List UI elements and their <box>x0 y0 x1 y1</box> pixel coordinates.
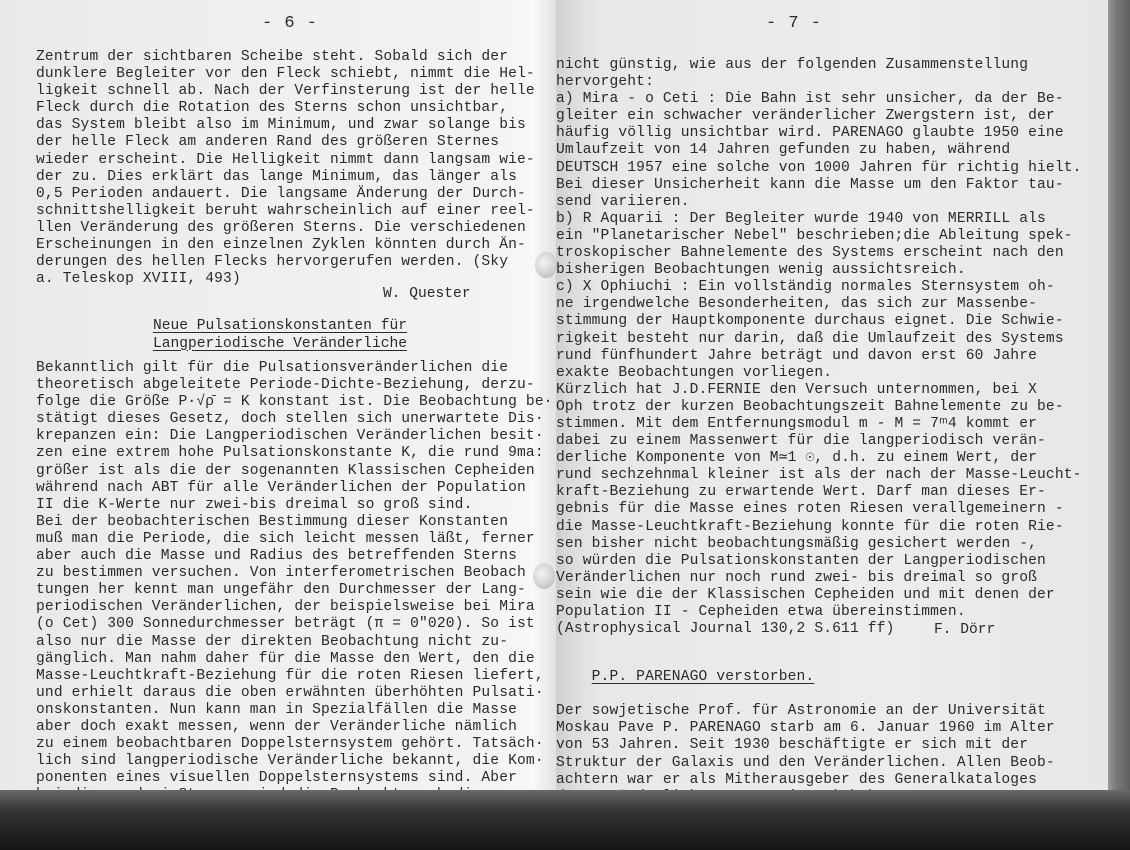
article-title-line-2: Langperiodische Veränderliche <box>153 336 407 352</box>
article-body-text: Bekanntlich gilt für die Pulsationsverän… <box>36 360 553 804</box>
text-line: Fleck durch die Rotation des Sterns scho… <box>36 100 535 117</box>
text-line: wieder erscheint. Die Helligkeit nimmt d… <box>36 152 535 169</box>
text-line: sein wie die der Klassischen Cepheiden u… <box>556 587 1082 604</box>
text-line: größer ist als die der sogenannten Klass… <box>36 463 553 480</box>
text-line: Kürzlich hat J.D.FERNIE den Versuch unte… <box>556 382 1082 399</box>
text-line: ligkeit schnell ab. Nach der Verfinsteru… <box>36 83 535 100</box>
text-line: von 53 Jahren. Seit 1930 beschäftigte er… <box>556 737 1055 754</box>
text-line: bisherigen Beobachtungen wenig aussichts… <box>556 262 1082 279</box>
text-line: Veränderlichen nur noch rund zwei- bis d… <box>556 570 1082 587</box>
text-line: 0,5 Perioden andauert. Die langsame Ände… <box>36 186 535 203</box>
text-line: a) Mira - o Ceti : Die Bahn ist sehr uns… <box>556 91 1082 108</box>
text-line: stimmen. Mit dem Entfernungsmodul m - M … <box>556 416 1082 433</box>
right-page: - 7 - nicht günstig, wie aus der folgend… <box>556 0 1108 790</box>
text-line: der helle Fleck am anderen Rand des größ… <box>36 134 535 151</box>
text-line: b) R Aquarii : Der Begleiter wurde 1940 … <box>556 211 1082 228</box>
text-line: Erscheinungen in den einzelnen Zyklen kö… <box>36 237 535 254</box>
text-line: derungen des hellen Flecks hervorgerufen… <box>36 254 535 271</box>
text-line: dunklere Begleiter vor den Fleck schiebt… <box>36 66 535 83</box>
author-signature: F. Dörr <box>934 622 995 638</box>
text-line: krepanzen ein: Die Langperiodischen Verä… <box>36 428 553 445</box>
text-line: rund sechzehnmal kleiner ist als der nac… <box>556 467 1082 484</box>
text-line: zen eine extrem hohe Pulsationskonstante… <box>36 445 553 462</box>
text-line: (o Cet) 300 Sonnedurchmesser beträgt (π … <box>36 616 553 633</box>
article-title-line-1: Neue Pulsationskonstanten für <box>153 318 407 334</box>
text-line: Bekanntlich gilt für die Pulsationsverän… <box>36 360 553 377</box>
text-line: Zentrum der sichtbaren Scheibe steht. So… <box>36 49 535 66</box>
text-line: nicht günstig, wie aus der folgenden Zus… <box>556 57 1082 74</box>
text-line: aber doch exakt messen, wenn der Verände… <box>36 719 553 736</box>
binding-ring <box>535 252 557 278</box>
text-line: Struktur der Galaxis und den Veränderlic… <box>556 755 1055 772</box>
text-line: ein "Planetarischer Nebel" beschrieben;d… <box>556 228 1082 245</box>
text-line: Bei der beobachterischen Bestimmung dies… <box>36 514 553 531</box>
text-line: II die K-Werte nur zwei-bis dreimal so g… <box>36 497 553 514</box>
article-body-text-continued: nicht günstig, wie aus der folgenden Zus… <box>556 57 1082 638</box>
text-line: die Masse-Leuchtkraft-Beziehung konnte f… <box>556 519 1082 536</box>
text-line: troskopischer Bahnelemente des Systems e… <box>556 245 1082 262</box>
text-line: sen bisher nicht beobachtungsmäßig gesic… <box>556 536 1082 553</box>
text-line: derliche Komponente von M≃1 ☉, d.h. zu e… <box>556 450 1082 467</box>
text-line: kraft-Beziehung zu erwartende Wert. Darf… <box>556 484 1082 501</box>
article-title: Neue Pulsationskonstanten für Langperiod… <box>130 318 430 353</box>
text-line: periodischen Veränderlichen, der beispie… <box>36 599 553 616</box>
text-line: tungen her kennt man ungefähr den Durchm… <box>36 582 553 599</box>
text-line: Masse-Leuchtkraft-Beziehung für die rote… <box>36 668 553 685</box>
continued-article-text: Zentrum der sichtbaren Scheibe steht. So… <box>36 49 535 288</box>
text-line: exakte Beobachtungen vorliegen. <box>556 365 1082 382</box>
text-line: zu bestimmen versuchen. Von interferomet… <box>36 565 553 582</box>
text-line: lich sind langperiodische Veränderliche … <box>36 753 553 770</box>
left-page: - 6 - Zentrum der sichtbaren Scheibe ste… <box>0 0 556 792</box>
text-line: Population II - Cepheiden etwa übereinst… <box>556 604 1082 621</box>
text-line: DEUTSCH 1957 eine solche von 1000 Jahren… <box>556 160 1082 177</box>
text-line: so würden die Pulsationskonstanten der L… <box>556 553 1082 570</box>
text-line: folge die Größe P·√ρ̄ = K konstant ist. … <box>36 394 553 411</box>
page-number: - 6 - <box>262 14 318 33</box>
text-line: ne irgendwelche Besonderheiten, das sich… <box>556 296 1082 313</box>
text-line: Bei dieser Unsicherheit kann die Masse u… <box>556 177 1082 194</box>
binding-ring <box>533 563 555 589</box>
page-number: - 7 - <box>766 14 822 33</box>
text-line: stätigt dieses Gesetz, doch stellen sich… <box>36 411 553 428</box>
obituary-title: P.P. PARENAGO verstorben. <box>592 669 815 686</box>
text-line: zu einem beobachtbaren Doppelsternsystem… <box>36 736 553 753</box>
text-line: der zu. Dies erklärt das lange Minimum, … <box>36 169 535 186</box>
text-line: während nach ABT für alle Veränderlichen… <box>36 480 553 497</box>
text-line: send variieren. <box>556 194 1082 211</box>
text-line: Der sowjetische Prof. für Astronomie an … <box>556 703 1055 720</box>
bottom-shadow <box>0 790 1130 850</box>
text-line: (Astrophysical Journal 130,2 S.611 ff) <box>556 621 1082 638</box>
text-line: und erhielt daraus die oben erwähnten üb… <box>36 685 553 702</box>
text-line: achtern war er als Mitherausgeber des Ge… <box>556 772 1055 789</box>
text-line: muß man die Periode, die sich leicht mes… <box>36 531 553 548</box>
text-line: c) X Ophiuchi : Ein vollständig normales… <box>556 279 1082 296</box>
text-line: rund fünfhundert Jahre beträgt und davon… <box>556 348 1082 365</box>
text-line: Umlaufzeit von 14 Jahren gefunden zu hab… <box>556 142 1082 159</box>
text-line: onskonstanten. Nun kann man in Spezialfä… <box>36 702 553 719</box>
text-line: dabei zu einem Massenwert für die langpe… <box>556 433 1082 450</box>
text-line: also nur die Masse der direkten Beobacht… <box>36 634 553 651</box>
text-line: ponenten eines visuellen Doppelsternsyst… <box>36 770 553 787</box>
text-line: gänglich. Man nahm daher für die Masse d… <box>36 651 553 668</box>
text-line: theoretisch abgeleitete Periode-Dichte-B… <box>36 377 553 394</box>
text-line: hervorgeht: <box>556 74 1082 91</box>
text-line: gebnis für die Masse eines roten Riesen … <box>556 501 1082 518</box>
page-edge-shadow <box>1108 0 1130 800</box>
text-line: Moskau Pave P. PARENAGO starb am 6. Janu… <box>556 720 1055 737</box>
text-line: häufig völlig unsichtbar wird. PARENAGO … <box>556 125 1082 142</box>
text-line: stimmung der Hauptkomponente durchaus ei… <box>556 313 1082 330</box>
author-signature: W. Quester <box>383 286 471 302</box>
text-line: das System bleibt also im Minimum, und z… <box>36 117 535 134</box>
text-line: Oph trotz der kurzen Beobachtungszeit Ba… <box>556 399 1082 416</box>
text-line: rigkeit besteht nur darin, daß die Umlau… <box>556 331 1082 348</box>
text-line: aber auch die Masse und Radius des betre… <box>36 548 553 565</box>
text-line: gleiter ein schwacher veränderlicher Zwe… <box>556 108 1082 125</box>
text-line: llen Veränderung des größeren Sterns. Di… <box>36 220 535 237</box>
text-line: schnittshelligkeit beruht wahrscheinlich… <box>36 203 535 220</box>
